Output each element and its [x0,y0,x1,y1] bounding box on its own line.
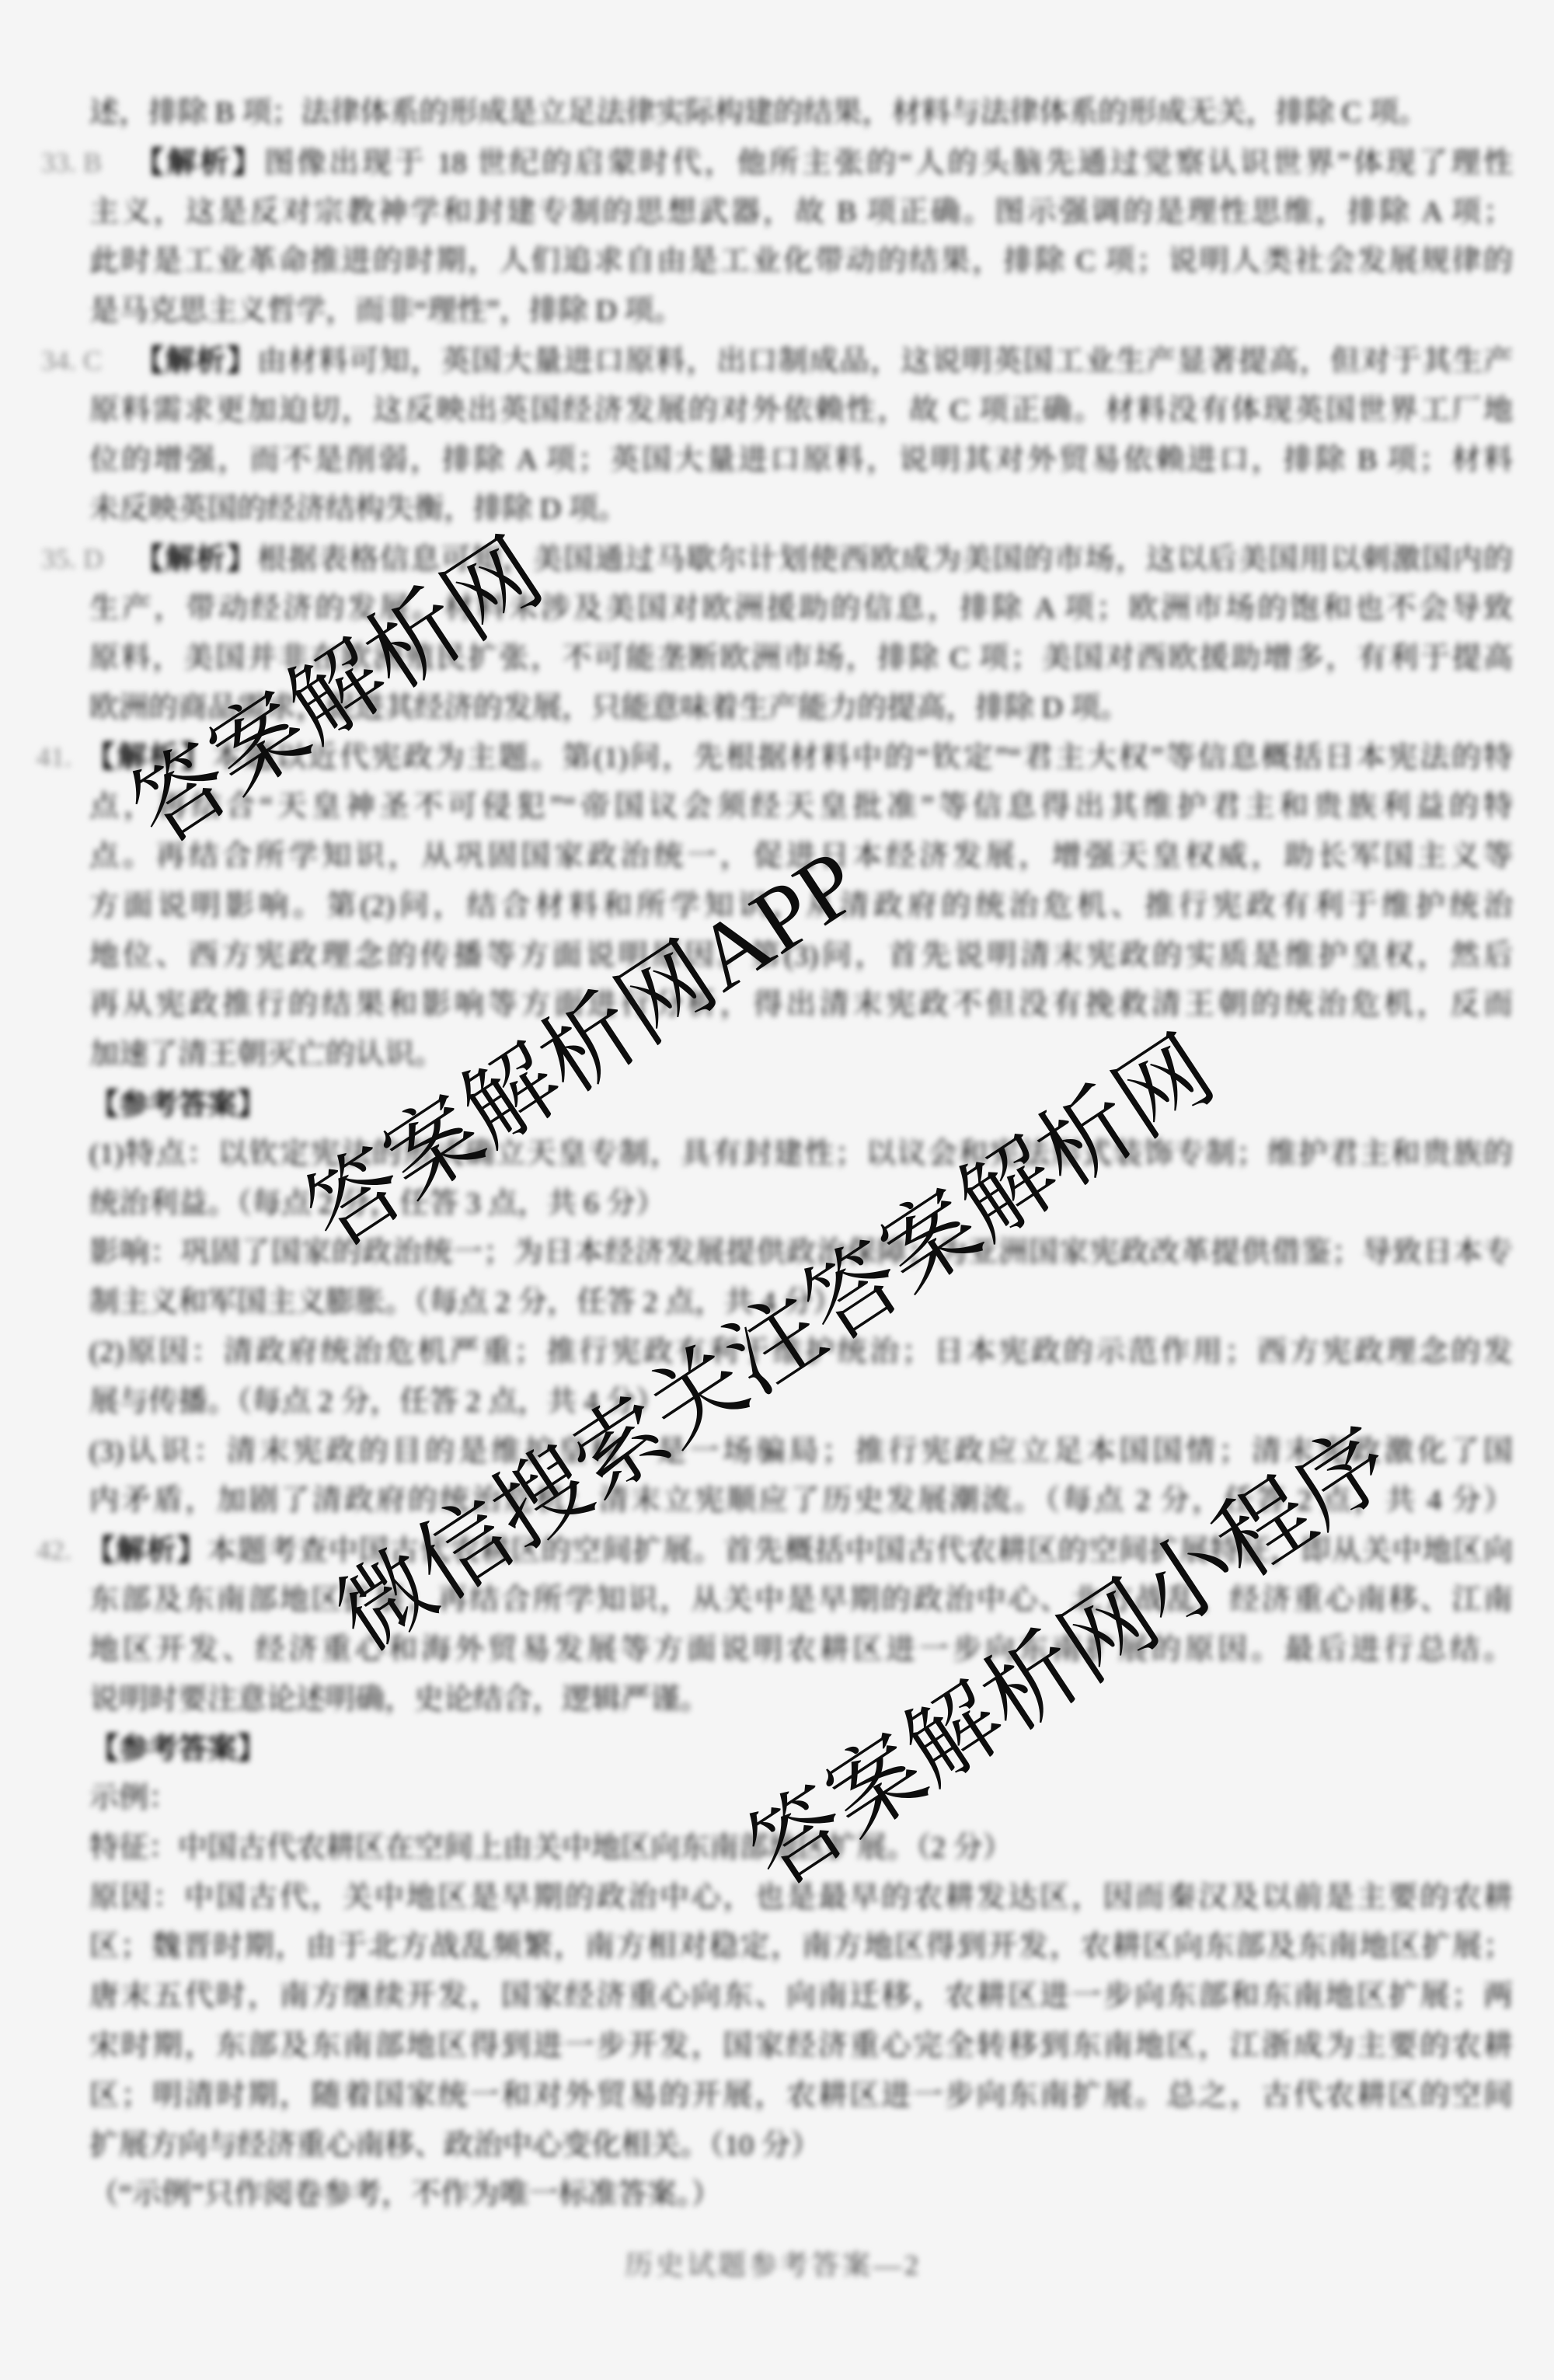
question-first-line: 35. D 【解析】根据表格信息可知，美国通过马歇尔计划使西欧成为美国的市场，这… [89,535,1513,584]
text-line: 区；魏晋时期，由于北方战乱频繁，南方相对稳定，南方地区得到开发，农耕区向东部及东… [89,1922,1513,1972]
line-text: 扩展方向与经济重心南移、政治中心变化相关。（10 分） [89,2121,1513,2171]
line-text: 加速了清王朝灭亡的认识。 [89,1030,1513,1080]
question-number: 35. D [41,535,103,584]
question-number: 33. B [41,138,102,188]
text-line: 再从宪政推行的结果和影响等方面进行分析，得出清末宪政不但没有挽救清王朝的统治危机… [89,981,1513,1030]
line-text: 述，排除 B 项；法律体系的形成是立足法律实际构建的结果，材料与法律体系的形成无… [89,89,1513,138]
line-text: 是马克思主义哲学，而非“理性”，排除 D 项。 [89,287,1513,336]
line-text: 本题以近代宪政为主题。第(1)问，先根据材料中的“钦定”“君主大权”等信息概括日… [213,741,1514,774]
answer-heading-line: 【参考答案】 [89,1724,1513,1774]
line-text: 点，再结合“天皇神圣不可侵犯”“帝国议会须经天皇批准”等信息得出其维护君主和贵族… [89,782,1513,832]
text-line: 是马克思主义哲学，而非“理性”，排除 D 项。 [89,287,1513,336]
text-line: 扩展方向与经济重心南移、政治中心变化相关。（10 分） [89,2121,1513,2171]
text-line: 东部及东南部地区扩展；再结合所学知识，从关中是早期的政治中心、北方战乱、经济重心… [89,1576,1513,1626]
text-line: 点，再结合“天皇神圣不可侵犯”“帝国议会须经天皇批准”等信息得出其维护君主和贵族… [89,782,1513,832]
text-line: 区；明清时期，随着国家统一和对外贸易的开展，农耕区进一步向东南扩展。总之，古代农… [89,2072,1513,2121]
line-text: 位的增强，而不是削弱，排除 A 项；英国大量进口原料，说明其对外贸易依赖进口，排… [89,436,1513,486]
line-text: 此时是工业革命推进的时期，人们追求自由是工业化带动的结果，排除 C 项；说明人类… [89,237,1513,287]
text-line: 地区开发、经济重心和海外贸易发展等方面说明农耕区进一步向东南扩展的原因。最后进行… [89,1626,1513,1675]
line-text: 生产，带动经济的发展。材料未涉及美国对欧洲援助的信息，排除 A 项；欧洲市场的饱… [89,584,1513,634]
line-text: 由材料可知，英国大量进口原料，出口制成品，这说明英国工业生产显著提高，但对于其生… [257,345,1513,378]
analysis-tag: 【解析】 [134,145,264,179]
text-line: 述，排除 B 项；法律体系的形成是立足法律实际构建的结果，材料与法律体系的形成无… [89,89,1513,138]
analysis-tag: 【解析】 [134,542,257,576]
reference-answer-tag: 【参考答案】 [89,1087,267,1121]
text-line: 唐末五代时，南方继续开发，国家经济重心向东、向南迁移，农耕区进一步向东部和东南地… [89,1972,1513,2022]
line-text: 区；魏晋时期，由于北方战乱频繁，南方相对稳定，南方地区得到开发，农耕区向东部及东… [89,1922,1513,1972]
line-text: 主义，这是反对宗教神学和封建专制的思想武器，故 B 项正确。图示强调的是理性思维… [89,188,1513,238]
answer-heading-line: 【参考答案】 [89,1080,1513,1130]
question-first-line: 34. C 【解析】由材料可知，英国大量进口原料，出口制成品，这说明英国工业生产… [89,336,1513,386]
line-text: 未反映英国的经济结构失衡，排除 D 项。 [89,485,1513,535]
text-line: 加速了清王朝灭亡的认识。 [89,1030,1513,1080]
text-line: 宋时期，东部及东南部地区得到进一步开发，国家经济重心完全转移到东南地区，江浙成为… [89,2022,1513,2072]
line-text: 图像出现于 18 世纪的启蒙时代，他所主张的“人的头脑先通过觉察认识世界”体现了… [264,147,1513,179]
text-line: 生产，带动经济的发展。材料未涉及美国对欧洲援助的信息，排除 A 项；欧洲市场的饱… [89,584,1513,634]
text-line: 说明时要注意论述明确，史论结合，逻辑严谨。 [89,1675,1513,1725]
line-text: 宋时期，东部及东南部地区得到进一步开发，国家经济重心完全转移到东南地区，江浙成为… [89,2022,1513,2072]
line-text: 唐末五代时，南方继续开发，国家经济重心向东、向南迁移，农耕区进一步向东部和东南地… [89,1972,1513,2022]
text-line: 主义，这是反对宗教神学和封建专制的思想武器，故 B 项正确。图示强调的是理性思维… [89,188,1513,238]
analysis-tag: 【解析】 [134,343,257,378]
document-page: 述，排除 B 项；法律体系的形成是立足法律实际构建的结果，材料与法律体系的形成无… [0,0,1554,2380]
text-line: 原料需求更加迫切，这反映出英国经济发展的对外依赖性，故 C 项正确。材料没有体现… [89,386,1513,436]
question-number: 34. C [41,336,102,386]
text-line: 位的增强，而不是削弱，排除 A 项；英国大量进口原料，说明其对外贸易依赖进口，排… [89,436,1513,486]
analysis-tag: 【解析】 [85,1533,207,1567]
line-text: 地区开发、经济重心和海外贸易发展等方面说明农耕区进一步向东南扩展的原因。最后进行… [89,1626,1513,1675]
question-number: 41. [37,733,71,782]
reference-answer-tag: 【参考答案】 [89,1731,267,1765]
question-first-line: 33. B 【解析】图像出现于 18 世纪的启蒙时代，他所主张的“人的头脑先通过… [89,138,1513,188]
line-text: 说明时要注意论述明确，史论结合，逻辑严谨。 [89,1675,1513,1725]
line-text: （“示例”只作阅卷参考，不作为唯一标准答案。） [89,2170,1513,2220]
line-text: 原料需求更加迫切，这反映出英国经济发展的对外依赖性，故 C 项正确。材料没有体现… [89,386,1513,436]
document-body: 述，排除 B 项；法律体系的形成是立足法律实际构建的结果，材料与法律体系的形成无… [89,89,1513,2220]
line-text: 东部及东南部地区扩展；再结合所学知识，从关中是早期的政治中心、北方战乱、经济重心… [89,1576,1513,1626]
text-line: 此时是工业革命推进的时期，人们追求自由是工业化带动的结果，排除 C 项；说明人类… [89,237,1513,287]
page-footer: 历史试题参考答案—2 [0,2242,1546,2288]
line-text: 区；明清时期，随着国家统一和对外贸易的开展，农耕区进一步向东南扩展。总之，古代农… [89,2072,1513,2121]
text-line: 未反映英国的经济结构失衡，排除 D 项。 [89,485,1513,535]
question-number: 42. [37,1526,71,1576]
text-line: （“示例”只作阅卷参考，不作为唯一标准答案。） [89,2170,1513,2220]
line-text: 再从宪政推行的结果和影响等方面进行分析，得出清末宪政不但没有挽救清王朝的统治危机… [89,981,1513,1030]
